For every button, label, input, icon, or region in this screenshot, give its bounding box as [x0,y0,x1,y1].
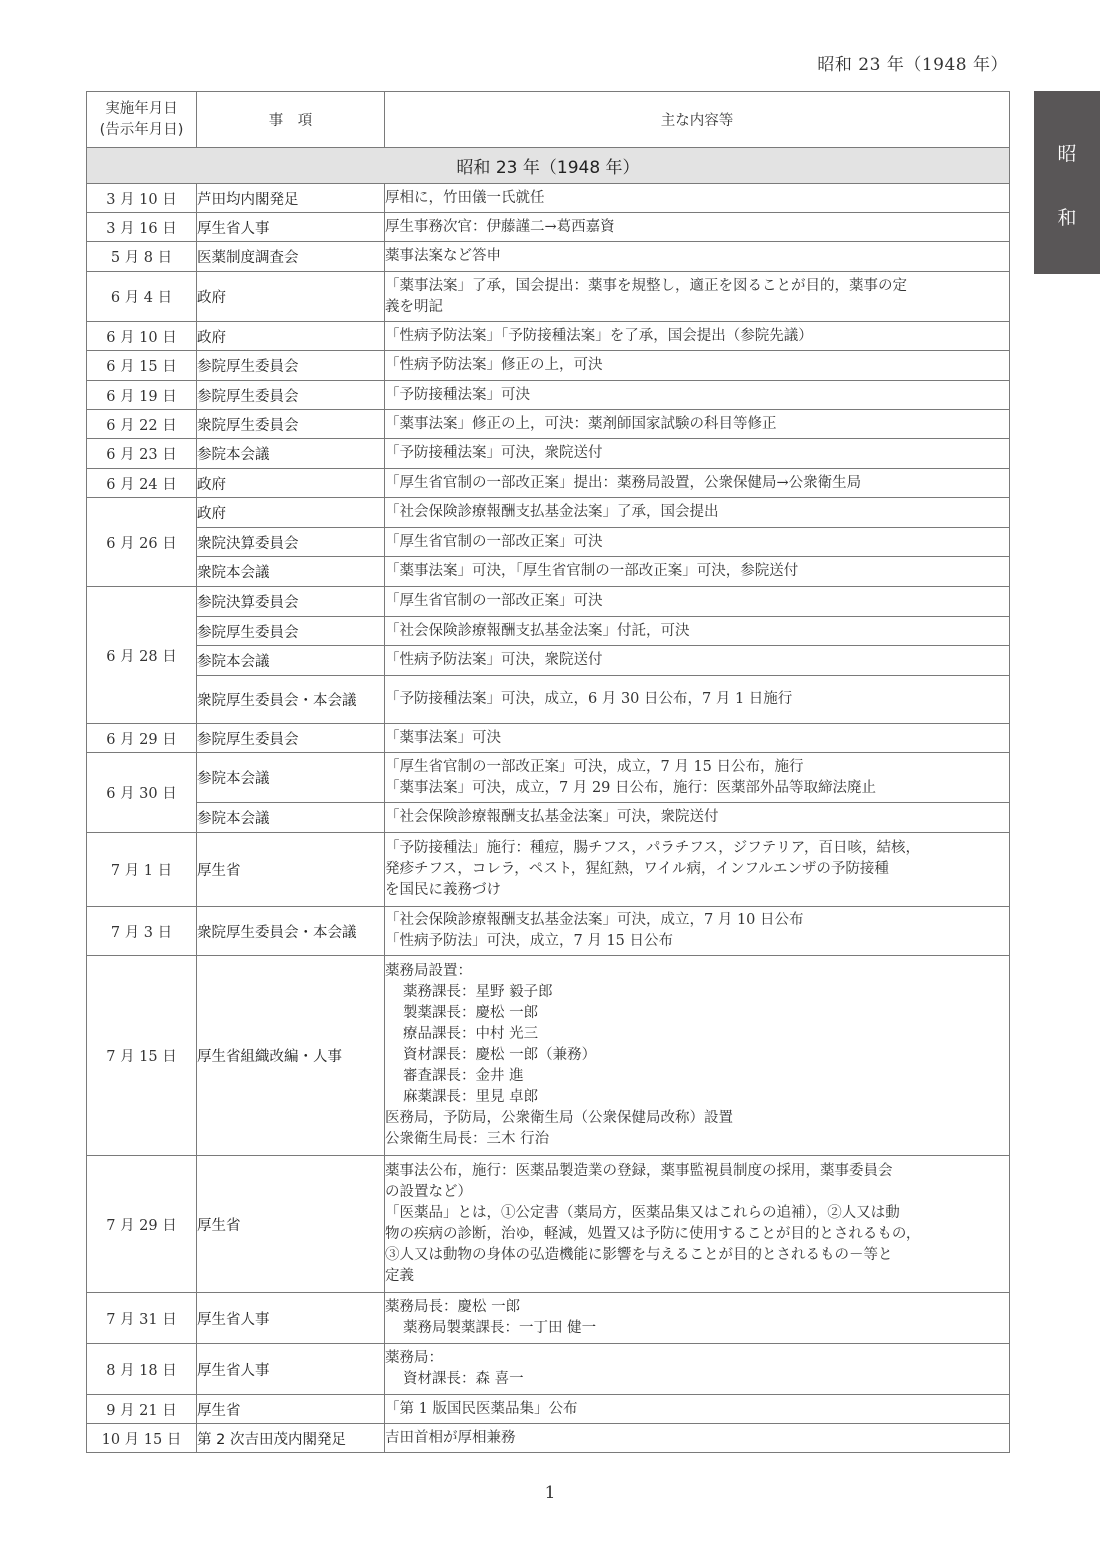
content-line: 薬事法公布，施行：医薬品製造業の登録，薬事監視員制度の採用，薬事委員会 [385,1161,1009,1182]
table-row: 10 月 15 日第 2 次吉田茂内閣発足吉田首相が厚相兼務 [87,1424,1010,1453]
content-line: 「性病予防法案」修正の上，可決 [385,355,1009,376]
item-cell: 芦田均内閣発足 [197,184,385,213]
table-row: 6 月 23 日参院本会議「予防接種法案」可決，衆院送付 [87,439,1010,469]
date-cell: 7 月 31 日 [87,1293,197,1344]
content-cell: 厚生事務次官：伊藤謹二→葛西嘉資 [385,213,1010,242]
content-line: 「薬事法案」可決 [385,728,1009,749]
item-cell: 厚生省 [197,1156,385,1293]
content-line: 製薬課長：慶松 一郎 [385,1003,1009,1024]
date-cell: 6 月 4 日 [87,272,197,322]
table-row: 参院本会議「性病予防法案」可決，衆院送付 [87,646,1010,676]
content-cell: 「第 1 版国民医薬品集」公布 [385,1395,1010,1424]
table-row: 6 月 15 日参院厚生委員会「性病予防法案」修正の上，可決 [87,351,1010,381]
content-cell: 「性病予防法案」可決，衆院送付 [385,646,1010,676]
content-line: 「予防接種法」施行：種痘，腸チフス，パラチフス，ジフテリア，百日咳，結核， [385,838,1009,859]
date-cell: 3 月 10 日 [87,184,197,213]
item-cell: 参院厚生委員会 [197,724,385,753]
table-row: 6 月 24 日政府「厚生省官制の一部改正案」提出：薬務局設置，公衆保健局→公衆… [87,469,1010,498]
date-cell: 7 月 15 日 [87,956,197,1156]
content-line: ③人又は動物の身体の弘造機能に影響を与えることが目的とされるもの－等と [385,1245,1009,1266]
content-cell: 「性病予防法案」「予防接種法案」を了承，国会提出（参院先議） [385,322,1010,351]
date-cell: 6 月 19 日 [87,381,197,410]
content-line: 審査課長：金井 進 [385,1066,1009,1087]
date-cell: 7 月 3 日 [87,907,197,956]
table-row: 6 月 19 日参院厚生委員会「予防接種法案」可決 [87,381,1010,410]
item-cell: 参院厚生委員会 [197,617,385,646]
content-line: 「薬事法案」可決，成立，7 月 29 日公布，施行：医薬部外品等取締法廃止 [385,778,1009,799]
date-cell: 6 月 15 日 [87,351,197,381]
content-line: の設置など） [385,1182,1009,1203]
item-cell: 衆院厚生委員会・本会議 [197,676,385,724]
content-line: 「第 1 版国民医薬品集」公布 [385,1399,1009,1420]
table-row: 7 月 29 日厚生省薬事法公布，施行：医薬品製造業の登録，薬事監視員制度の採用… [87,1156,1010,1293]
date-cell: 6 月 22 日 [87,410,197,439]
item-cell: 参院厚生委員会 [197,381,385,410]
content-cell: 厚相に，竹田儀一氏就任 [385,184,1010,213]
content-line: 「予防接種法案」可決 [385,385,1009,406]
running-head: 昭和 23 年（1948 年） [817,50,1008,75]
content-cell: 「社会保険診療報酬支払基金法案」可決，衆院送付 [385,803,1010,833]
item-cell: 参院厚生委員会 [197,351,385,381]
header-item: 事 項 [197,92,385,148]
item-cell: 第 2 次吉田茂内閣発足 [197,1424,385,1453]
content-cell: 薬事法案など答申 [385,242,1010,272]
item-cell: 厚生省 [197,833,385,907]
content-line: 公衆衛生局長：三木 行治 [385,1129,1009,1150]
content-line: 「予防接種法案」可決，成立，6 月 30 日公布，7 月 1 日施行 [385,689,1009,710]
chronology-table: 実施年月日 (告示年月日) 事 項 主な内容等 昭和 23 年（1948 年） … [86,91,1010,1453]
table-row: 3 月 16 日厚生省人事厚生事務次官：伊藤謹二→葛西嘉資 [87,213,1010,242]
item-cell: 参院本会議 [197,439,385,469]
content-line: 「薬事法案」了承，国会提出：薬事を規整し，適正を図ることが目的，薬事の定 [385,276,1009,297]
content-cell: 薬務局：資材課長：森 喜一 [385,1344,1010,1395]
table-row: 6 月 29 日参院厚生委員会「薬事法案」可決 [87,724,1010,753]
content-line: 資材課長：森 喜一 [385,1369,1009,1390]
date-cell: 6 月 28 日 [87,587,197,724]
content-line: 定義 [385,1266,1009,1287]
table-row: 7 月 1 日厚生省「予防接種法」施行：種痘，腸チフス，パラチフス，ジフテリア，… [87,833,1010,907]
content-cell: 「予防接種法案」可決 [385,381,1010,410]
content-cell: 吉田首相が厚相兼務 [385,1424,1010,1453]
item-cell: 衆院厚生委員会・本会議 [197,907,385,956]
year-band-row: 昭和 23 年（1948 年） [87,148,1010,184]
item-cell: 政府 [197,469,385,498]
table-header-row: 実施年月日 (告示年月日) 事 項 主な内容等 [87,92,1010,148]
content-line: 療品課長：中村 光三 [385,1024,1009,1045]
date-cell: 10 月 15 日 [87,1424,197,1453]
table-row: 6 月 30 日参院本会議「厚生省官制の一部改正案」可決，成立，7 月 15 日… [87,753,1010,803]
date-cell: 9 月 21 日 [87,1395,197,1424]
content-cell: 「社会保険診療報酬支払基金法案」可決，成立，7 月 10 日公布「性病予防法」可… [385,907,1010,956]
content-line: 薬事法案など答申 [385,246,1009,267]
table-row: 5 月 8 日医薬制度調査会薬事法案など答申 [87,242,1010,272]
content-cell: 「予防接種法案」可決，成立，6 月 30 日公布，7 月 1 日施行 [385,676,1010,724]
content-line: 医務局，予防局，公衆衛生局（公衆保健局改称）設置 [385,1108,1009,1129]
item-cell: 政府 [197,322,385,351]
date-cell: 7 月 1 日 [87,833,197,907]
page-number: 1 [0,1483,1100,1503]
era-side-tab: 昭 和 [1034,91,1100,274]
item-cell: 政府 [197,498,385,528]
content-cell: 「社会保険診療報酬支払基金法案」付託，可決 [385,617,1010,646]
content-cell: 「厚生省官制の一部改正案」可決 [385,587,1010,617]
item-cell: 参院本会議 [197,753,385,803]
item-cell: 政府 [197,272,385,322]
content-line: 「性病予防法」可決，成立，7 月 15 日公布 [385,931,1009,952]
side-tab-char: 昭 [1034,139,1100,166]
content-line: 「厚生省官制の一部改正案」可決 [385,591,1009,612]
date-cell: 3 月 16 日 [87,213,197,242]
content-line: 発疹チフス，コレラ，ペスト，猩紅熱，ワイル病，インフルエンザの予防接種 [385,859,1009,880]
content-line: 「厚生省官制の一部改正案」可決 [385,532,1009,553]
content-cell: 「薬事法案」了承，国会提出：薬事を規整し，適正を図ることが目的，薬事の定義を明記 [385,272,1010,322]
header-body: 主な内容等 [385,92,1010,148]
content-cell: 「厚生省官制の一部改正案」提出：薬務局設置，公衆保健局→公衆衛生局 [385,469,1010,498]
content-line: 資材課長：慶松 一郎（兼務） [385,1045,1009,1066]
item-cell: 厚生省人事 [197,213,385,242]
side-tab-char: 和 [1034,203,1100,230]
item-cell: 厚生省 [197,1395,385,1424]
table-row: 6 月 28 日参院決算委員会「厚生省官制の一部改正案」可決 [87,587,1010,617]
content-line: 「社会保険診療報酬支払基金法案」可決，衆院送付 [385,807,1009,828]
content-line: 「社会保険診療報酬支払基金法案」了承，国会提出 [385,502,1009,523]
content-cell: 「性病予防法案」修正の上，可決 [385,351,1010,381]
content-line: 「厚生省官制の一部改正案」可決，成立，7 月 15 日公布，施行 [385,757,1009,778]
item-cell: 厚生省人事 [197,1293,385,1344]
content-cell: 「予防接種法案」可決，衆院送付 [385,439,1010,469]
date-cell: 5 月 8 日 [87,242,197,272]
content-cell: 薬務局長：慶松 一郎薬務局製薬課長：一丁田 健一 [385,1293,1010,1344]
table-row: 衆院本会議「薬事法案」可決，「厚生省官制の一部改正案」可決，参院送付 [87,557,1010,587]
content-cell: 「薬事法案」可決 [385,724,1010,753]
date-cell: 6 月 23 日 [87,439,197,469]
content-line: 厚相に，竹田儀一氏就任 [385,188,1009,209]
content-line: 「薬事法案」可決，「厚生省官制の一部改正案」可決，参院送付 [385,561,1009,582]
content-line: 「性病予防法案」「予防接種法案」を了承，国会提出（参院先議） [385,326,1009,347]
item-cell: 医薬制度調査会 [197,242,385,272]
table-row: 7 月 15 日厚生省組織改編・人事薬務局設置：薬務課長：星野 毅子郎製薬課長：… [87,956,1010,1156]
table-row: 参院厚生委員会「社会保険診療報酬支払基金法案」付託，可決 [87,617,1010,646]
content-line: 「厚生省官制の一部改正案」提出：薬務局設置，公衆保健局→公衆衛生局 [385,473,1009,494]
content-line: 薬務局長：慶松 一郎 [385,1297,1009,1318]
table-row: 衆院厚生委員会・本会議「予防接種法案」可決，成立，6 月 30 日公布，7 月 … [87,676,1010,724]
table-row: 参院本会議「社会保険診療報酬支払基金法案」可決，衆院送付 [87,803,1010,833]
content-cell: 「社会保険診療報酬支払基金法案」了承，国会提出 [385,498,1010,528]
content-line: 薬務局製薬課長：一丁田 健一 [385,1318,1009,1339]
content-line: 薬務局設置： [385,961,1009,982]
content-cell: 「薬事法案」可決，「厚生省官制の一部改正案」可決，参院送付 [385,557,1010,587]
item-cell: 厚生省組織改編・人事 [197,956,385,1156]
item-cell: 参院本会議 [197,646,385,676]
content-line: 「薬事法案」修正の上，可決：薬剤師国家試験の科目等修正 [385,414,1009,435]
content-cell: 「薬事法案」修正の上，可決：薬剤師国家試験の科目等修正 [385,410,1010,439]
table-row: 7 月 3 日衆院厚生委員会・本会議「社会保険診療報酬支払基金法案」可決，成立，… [87,907,1010,956]
date-cell: 6 月 30 日 [87,753,197,833]
content-line: 「社会保険診療報酬支払基金法案」可決，成立，7 月 10 日公布 [385,910,1009,931]
content-line: 物の疾病の診断，治ゆ，軽減，処置又は予防に使用することが目的とされるもの， [385,1224,1009,1245]
content-cell: 薬務局設置：薬務課長：星野 毅子郎製薬課長：慶松 一郎療品課長：中村 光三資材課… [385,956,1010,1156]
date-cell: 8 月 18 日 [87,1344,197,1395]
content-line: を国民に義務づけ [385,880,1009,901]
item-cell: 参院本会議 [197,803,385,833]
content-line: 「社会保険診療報酬支払基金法案」付託，可決 [385,621,1009,642]
item-cell: 参院決算委員会 [197,587,385,617]
table-row: 7 月 31 日厚生省人事薬務局長：慶松 一郎薬務局製薬課長：一丁田 健一 [87,1293,1010,1344]
date-cell: 7 月 29 日 [87,1156,197,1293]
item-cell: 衆院本会議 [197,557,385,587]
table-row: 6 月 4 日政府「薬事法案」了承，国会提出：薬事を規整し，適正を図ることが目的… [87,272,1010,322]
table-row: 6 月 26 日政府「社会保険診療報酬支払基金法案」了承，国会提出 [87,498,1010,528]
content-line: 「性病予防法案」可決，衆院送付 [385,650,1009,671]
item-cell: 衆院決算委員会 [197,528,385,557]
date-cell: 6 月 26 日 [87,498,197,587]
date-cell: 6 月 24 日 [87,469,197,498]
content-line: 薬務局： [385,1348,1009,1369]
header-date-line: (告示年月日) [87,120,196,141]
item-cell: 衆院厚生委員会 [197,410,385,439]
year-band: 昭和 23 年（1948 年） [87,148,1010,184]
content-line: 義を明記 [385,297,1009,318]
table-row: 8 月 18 日厚生省人事薬務局：資材課長：森 喜一 [87,1344,1010,1395]
header-date-line: 実施年月日 [87,99,196,120]
content-cell: 「厚生省官制の一部改正案」可決 [385,528,1010,557]
content-line: 「予防接種法案」可決，衆院送付 [385,443,1009,464]
date-cell: 6 月 29 日 [87,724,197,753]
table-row: 3 月 10 日芦田均内閣発足厚相に，竹田儀一氏就任 [87,184,1010,213]
content-line: 厚生事務次官：伊藤謹二→葛西嘉資 [385,217,1009,238]
header-date: 実施年月日 (告示年月日) [87,92,197,148]
content-cell: 薬事法公布，施行：医薬品製造業の登録，薬事監視員制度の採用，薬事委員会の設置など… [385,1156,1010,1293]
table-row: 9 月 21 日厚生省「第 1 版国民医薬品集」公布 [87,1395,1010,1424]
table-row: 6 月 22 日衆院厚生委員会「薬事法案」修正の上，可決：薬剤師国家試験の科目等… [87,410,1010,439]
table-row: 6 月 10 日政府「性病予防法案」「予防接種法案」を了承，国会提出（参院先議） [87,322,1010,351]
content-cell: 「予防接種法」施行：種痘，腸チフス，パラチフス，ジフテリア，百日咳，結核，発疹チ… [385,833,1010,907]
content-line: 「医薬品」とは，①公定書（薬局方，医薬品集又はこれらの追補），②人又は動 [385,1203,1009,1224]
table-row: 衆院決算委員会「厚生省官制の一部改正案」可決 [87,528,1010,557]
content-cell: 「厚生省官制の一部改正案」可決，成立，7 月 15 日公布，施行「薬事法案」可決… [385,753,1010,803]
content-line: 薬務課長：星野 毅子郎 [385,982,1009,1003]
content-line: 麻薬課長：里見 卓郎 [385,1087,1009,1108]
item-cell: 厚生省人事 [197,1344,385,1395]
content-line: 吉田首相が厚相兼務 [385,1428,1009,1449]
date-cell: 6 月 10 日 [87,322,197,351]
